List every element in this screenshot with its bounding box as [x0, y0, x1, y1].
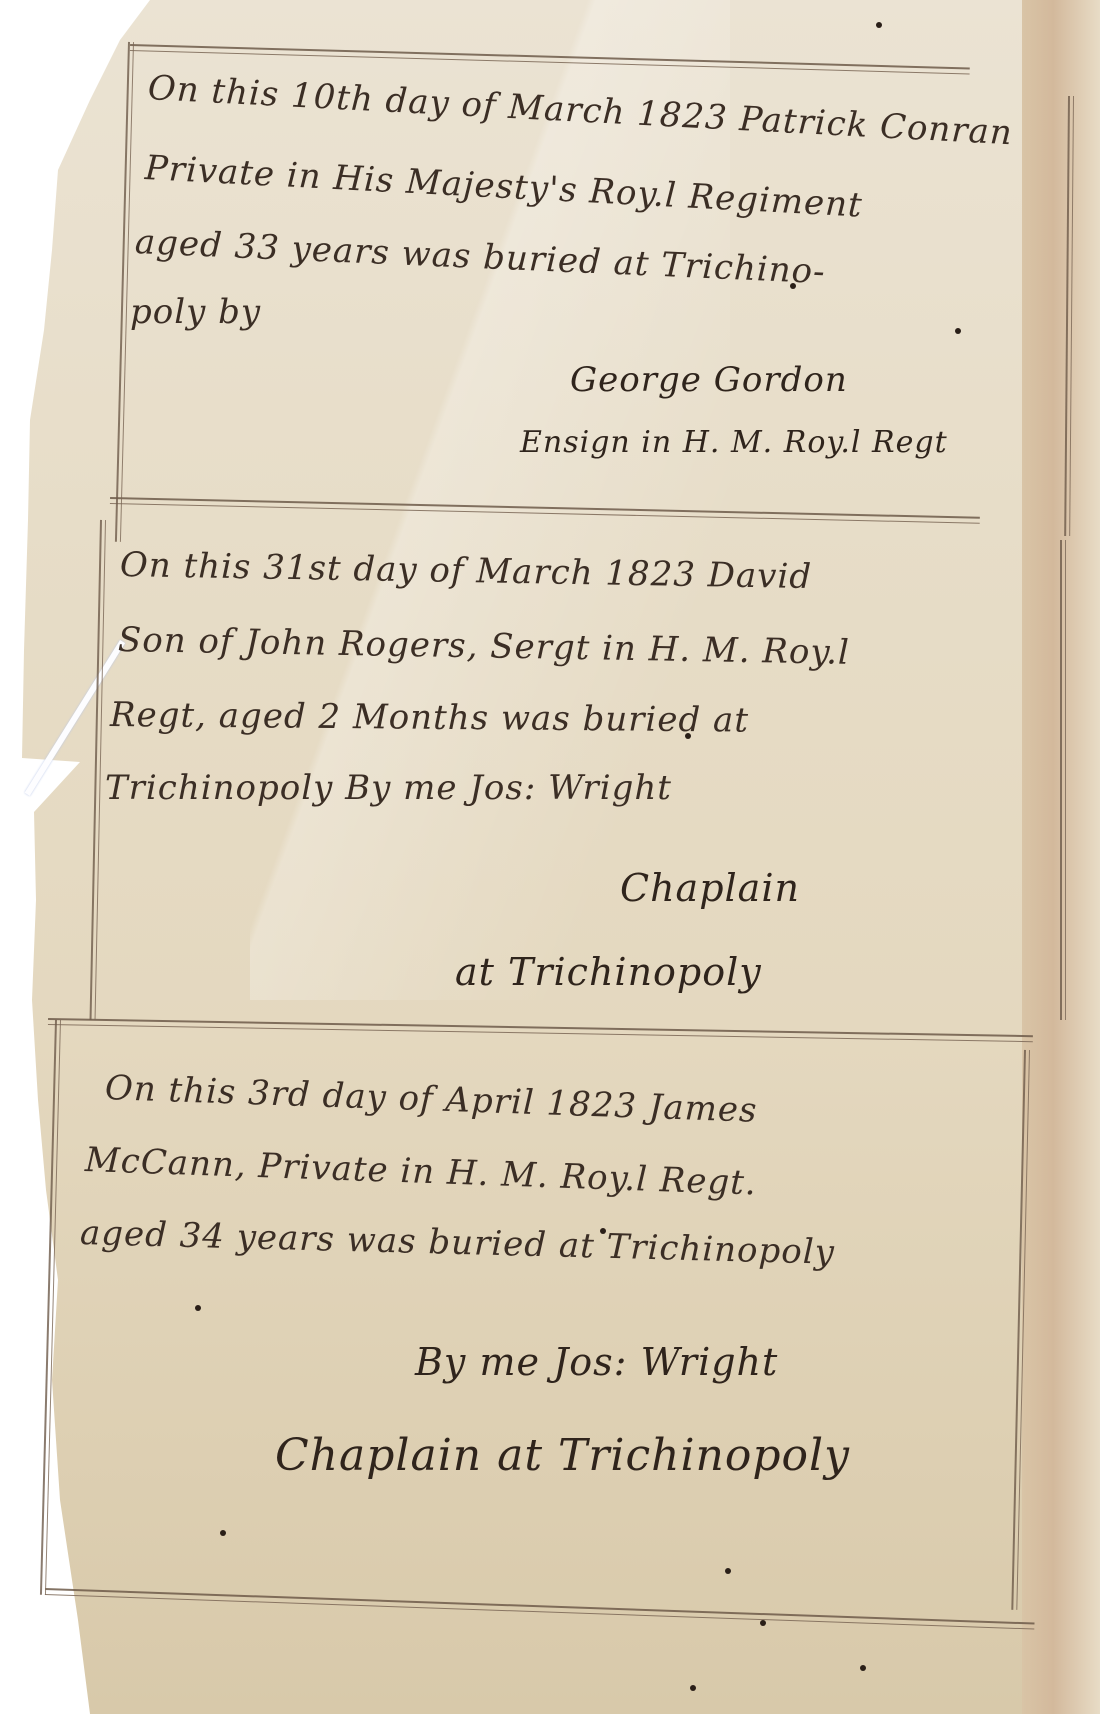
- ink-speck: [955, 328, 961, 334]
- right-border-rule-lower: [1060, 540, 1066, 1020]
- ink-speck: [876, 22, 882, 28]
- ink-speck: [860, 1665, 866, 1671]
- entry-2-line-4: Trichinopoly By me Jos: Wright: [105, 768, 672, 808]
- register-page: On this 10th day of March 1823 Patrick C…: [0, 0, 1100, 1714]
- entry-1-signature-title: Ensign in H. M. Roy.l Regt: [520, 425, 948, 460]
- ink-speck: [195, 1305, 201, 1311]
- entry-3-signature-title: Chaplain at Trichinopoly: [275, 1430, 850, 1481]
- ink-speck: [685, 733, 691, 739]
- ink-speck: [600, 1228, 606, 1234]
- ink-speck: [760, 1620, 766, 1626]
- entry-1-line-4: poly by: [130, 292, 261, 332]
- entry-1-signature-name: George Gordon: [570, 360, 848, 400]
- ink-speck: [220, 1530, 226, 1536]
- ink-speck: [690, 1685, 696, 1691]
- entry-3-signature-name: By me Jos: Wright: [415, 1340, 778, 1384]
- ink-speck: [725, 1568, 731, 1574]
- entry-2-signature-place: at Trichinopoly: [455, 950, 762, 994]
- entry-2-signature-title: Chaplain: [620, 866, 800, 910]
- ink-speck: [790, 283, 796, 289]
- entry-2-line-3: Regt, aged 2 Months was buried at: [110, 695, 749, 741]
